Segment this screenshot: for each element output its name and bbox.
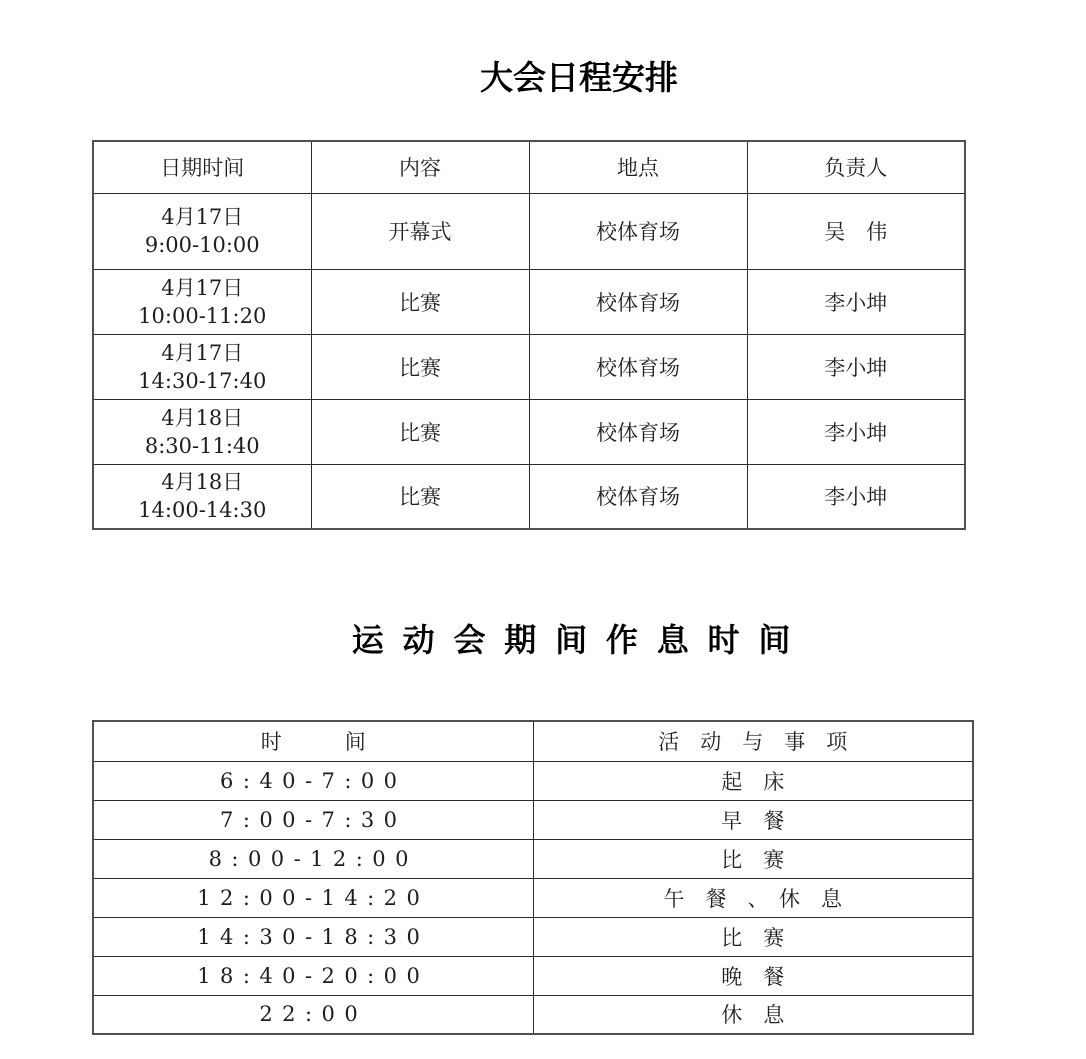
cell-activity: 早 餐	[533, 800, 973, 839]
cell-datetime: 4月17日 10:00-11:20	[93, 269, 311, 334]
rest-title: 运 动 会 期 间 作 息 时 间	[0, 620, 1086, 660]
cell-time: 14:30-17:40	[94, 367, 311, 395]
schedule-title: 大会日程安排	[0, 58, 1086, 98]
cell-date: 4月18日	[94, 404, 311, 432]
schedule-row: 4月18日 8:30-11:40 比赛 校体育场 李小坤	[93, 399, 965, 464]
cell-location: 校体育场	[529, 334, 747, 399]
column-header-datetime: 日期时间	[93, 141, 311, 193]
cell-activity: 起 床	[533, 761, 973, 800]
cell-time: 7:00-7:30	[93, 800, 533, 839]
rest-row: 7:00-7:30 早 餐	[93, 800, 973, 839]
cell-time: 12:00-14:20	[93, 878, 533, 917]
cell-date: 4月17日	[94, 203, 311, 231]
schedule-header-row: 日期时间 内容 地点 负责人	[93, 141, 965, 193]
cell-datetime: 4月17日 9:00-10:00	[93, 193, 311, 269]
cell-time: 9:00-10:00	[94, 231, 311, 259]
cell-person: 吴 伟	[747, 193, 965, 269]
cell-person: 李小坤	[747, 399, 965, 464]
cell-time: 14:30-18:30	[93, 917, 533, 956]
cell-person: 李小坤	[747, 464, 965, 529]
cell-content: 比赛	[311, 334, 529, 399]
cell-person: 李小坤	[747, 334, 965, 399]
cell-date: 4月18日	[94, 468, 311, 496]
cell-datetime: 4月18日 14:00-14:30	[93, 464, 311, 529]
rest-row: 14:30-18:30 比 赛	[93, 917, 973, 956]
cell-activity: 比 赛	[533, 917, 973, 956]
column-header-activity: 活 动 与 事 项	[533, 721, 973, 761]
column-header-location: 地点	[529, 141, 747, 193]
cell-activity: 晚 餐	[533, 956, 973, 995]
rest-row: 22:00 休 息	[93, 995, 973, 1034]
cell-time: 10:00-11:20	[94, 302, 311, 330]
cell-time: 8:30-11:40	[94, 432, 311, 460]
cell-time: 18:40-20:00	[93, 956, 533, 995]
cell-content: 比赛	[311, 269, 529, 334]
cell-content: 比赛	[311, 464, 529, 529]
cell-time: 6:40-7:00	[93, 761, 533, 800]
schedule-row: 4月18日 14:00-14:30 比赛 校体育场 李小坤	[93, 464, 965, 529]
cell-activity: 比 赛	[533, 839, 973, 878]
document-page: 大会日程安排 日期时间 内容 地点 负责人 4月17日 9:00-10:00 开…	[0, 0, 1086, 1059]
rest-header-row: 时 间 活 动 与 事 项	[93, 721, 973, 761]
rest-row: 18:40-20:00 晚 餐	[93, 956, 973, 995]
cell-person: 李小坤	[747, 269, 965, 334]
cell-time: 8:00-12:00	[93, 839, 533, 878]
cell-location: 校体育场	[529, 193, 747, 269]
rest-row: 8:00-12:00 比 赛	[93, 839, 973, 878]
schedule-row: 4月17日 14:30-17:40 比赛 校体育场 李小坤	[93, 334, 965, 399]
cell-location: 校体育场	[529, 464, 747, 529]
rest-table: 时 间 活 动 与 事 项 6:40-7:00 起 床 7:00-7:30 早 …	[92, 720, 974, 1035]
schedule-row: 4月17日 9:00-10:00 开幕式 校体育场 吴 伟	[93, 193, 965, 269]
rest-row: 12:00-14:20 午 餐 、 休 息	[93, 878, 973, 917]
cell-content: 开幕式	[311, 193, 529, 269]
cell-content: 比赛	[311, 399, 529, 464]
cell-date: 4月17日	[94, 274, 311, 302]
cell-time: 14:00-14:30	[94, 496, 311, 524]
cell-activity: 休 息	[533, 995, 973, 1034]
cell-time: 22:00	[93, 995, 533, 1034]
schedule-row: 4月17日 10:00-11:20 比赛 校体育场 李小坤	[93, 269, 965, 334]
column-header-content: 内容	[311, 141, 529, 193]
column-header-time: 时 间	[93, 721, 533, 761]
schedule-table: 日期时间 内容 地点 负责人 4月17日 9:00-10:00 开幕式 校体育场…	[92, 140, 966, 530]
cell-activity: 午 餐 、 休 息	[533, 878, 973, 917]
cell-datetime: 4月17日 14:30-17:40	[93, 334, 311, 399]
cell-location: 校体育场	[529, 269, 747, 334]
column-header-person: 负责人	[747, 141, 965, 193]
rest-row: 6:40-7:00 起 床	[93, 761, 973, 800]
cell-location: 校体育场	[529, 399, 747, 464]
cell-datetime: 4月18日 8:30-11:40	[93, 399, 311, 464]
cell-date: 4月17日	[94, 339, 311, 367]
